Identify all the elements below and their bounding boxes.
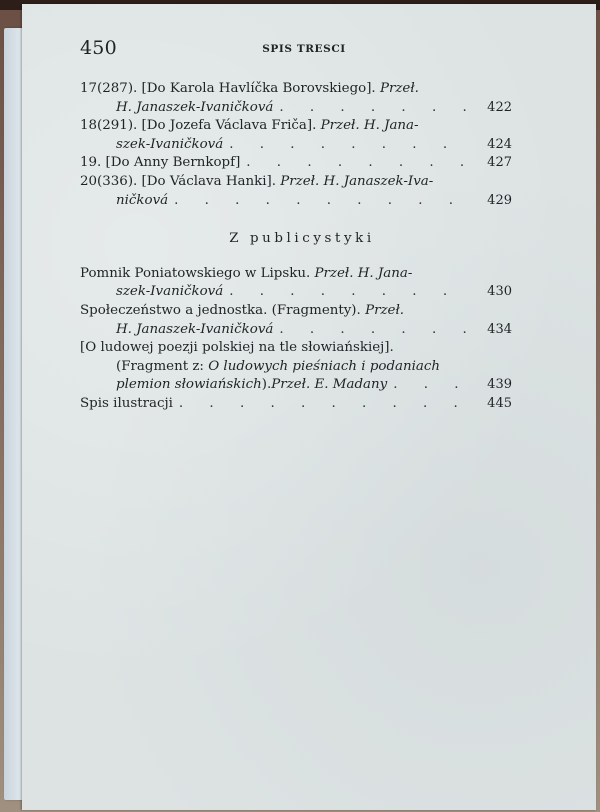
- toc-entry: 18(291). [Do Jozefa Václava Friča]. Prze…: [80, 117, 512, 154]
- entry-page-number: 430: [472, 283, 512, 302]
- page-content: 450 SPIS TRESCI 17(287). [Do Karola Havl…: [80, 34, 512, 414]
- dot-leader: . . . . . . . . . . . . . . . . . . . . …: [223, 136, 466, 155]
- entry-translator: Przeł. H. Jana-: [315, 266, 413, 281]
- photo-scene: 450 SPIS TRESCI 17(287). [Do Karola Havl…: [0, 0, 600, 812]
- dot-leader: . . . . . . . . . . . . . . . . . . . . …: [240, 154, 466, 173]
- entry-title: Społeczeństwo a jednostka. (Fragmenty).: [80, 303, 365, 318]
- running-head-title: SPIS TRESCI: [80, 43, 512, 55]
- entry-translator: H. Janaszek-Ivaničková: [116, 321, 273, 340]
- entry-page-number: 434: [472, 321, 512, 340]
- dot-leader: . . . . . . . . . . . . . . . . . . . . …: [387, 376, 466, 395]
- entry-page-number: 439: [472, 376, 512, 395]
- entry-title: 17(287). [Do Karola Havlíčka Borovskiego…: [80, 81, 380, 96]
- entry-translator: szek-Ivaničková: [116, 136, 223, 155]
- entry-page-number: 424: [472, 136, 512, 155]
- dot-leader: . . . . . . . . . . . . . . . . . . . . …: [223, 283, 466, 302]
- entry-translator: Przeł.: [380, 81, 419, 96]
- table-of-contents: 17(287). [Do Karola Havlíčka Borovskiego…: [80, 80, 512, 414]
- entry-translator: Przeł. E. Madany: [271, 376, 387, 395]
- entry-title: 19. [Do Anny Bernkopf]: [80, 154, 240, 173]
- running-head: 450 SPIS TRESCI: [80, 34, 512, 62]
- entry-translator: ničková: [116, 192, 168, 211]
- dot-leader: . . . . . . . . . . . . . . . . . . . . …: [273, 99, 466, 118]
- entry-subtitle: (Fragment z:: [116, 359, 208, 374]
- toc-entry: 19. [Do Anny Bernkopf]. . . . . . . . . …: [80, 154, 512, 173]
- entry-translator: szek-Ivaničková: [116, 283, 223, 302]
- dot-leader: . . . . . . . . . . . . . . . . . . . . …: [173, 395, 466, 414]
- book-page: 450 SPIS TRESCI 17(287). [Do Karola Havl…: [22, 4, 596, 810]
- entry-title: Pomnik Poniatowskiego w Lipsku.: [80, 266, 315, 281]
- entry-source-title: plemion słowiańskich: [116, 376, 262, 395]
- entry-page-number: 429: [472, 192, 512, 211]
- section-heading: Z publicystyki: [80, 230, 512, 249]
- entry-page-number: 422: [472, 99, 512, 118]
- toc-entry: Społeczeństwo a jednostka. (Fragmenty). …: [80, 302, 512, 339]
- entry-page-number: 445: [472, 395, 512, 414]
- toc-entry: Pomnik Poniatowskiego w Lipsku. Przeł. H…: [80, 265, 512, 302]
- toc-entry: 17(287). [Do Karola Havlíčka Borovskiego…: [80, 80, 512, 117]
- entry-title: 20(336). [Do Václava Hanki].: [80, 174, 280, 189]
- entry-title: 18(291). [Do Jozefa Václava Friča].: [80, 118, 321, 133]
- toc-entry: [O ludowej poezji polskiej na tle słowia…: [80, 339, 512, 395]
- entry-translator: H. Janaszek-Ivaničková: [116, 99, 273, 118]
- entry-title: [O ludowej poezji polskiej na tle słowia…: [80, 339, 466, 358]
- entry-translator: Przeł.: [365, 303, 404, 318]
- entry-source-title: O ludowych pieśniach i podaniach: [208, 359, 440, 374]
- toc-entry: Spis ilustracji. . . . . . . . . . . . .…: [80, 395, 512, 414]
- entry-page-number: 427: [472, 154, 512, 173]
- toc-entry: 20(336). [Do Václava Hanki]. Przeł. H. J…: [80, 173, 512, 210]
- entry-translator: Przeł. H. Jana-: [321, 118, 419, 133]
- dot-leader: . . . . . . . . . . . . . . . . . . . . …: [168, 192, 466, 211]
- dot-leader: . . . . . . . . . . . . . . . . . . . . …: [273, 321, 466, 340]
- entry-title: Spis ilustracji: [80, 395, 173, 414]
- entry-translator: Przeł. H. Janaszek-Iva-: [280, 174, 433, 189]
